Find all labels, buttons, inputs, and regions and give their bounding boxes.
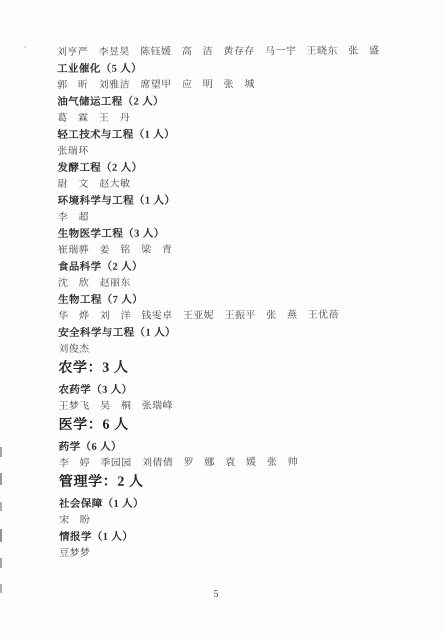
name-list-row: 李 婷 季园园 刘倩倩 罗 娜 袁 媛 张 帅 (59, 456, 409, 469)
discipline-heading: 社会保障（1 人） (59, 497, 409, 510)
scanned-document-page: 刘亨严 李昱昊 陈钰媛 高 洁 黄存存 马一宇 王晓东 张 盛工业催化（5 人）… (0, 0, 444, 638)
discipline-heading: 药学（6 人） (59, 440, 409, 453)
scan-artifact (0, 473, 2, 485)
category-heading: 管理学：2 人 (59, 473, 409, 491)
scan-artifact (0, 529, 2, 542)
name-list-row: 豆梦梦 (59, 546, 409, 559)
name-list-row: 王梦飞 吴 桐 张瑞峰 (59, 399, 409, 412)
discipline-heading: 工业催化（5 人） (57, 62, 407, 75)
scan-artifact (0, 502, 2, 511)
name-list-row: 宋 盼 (59, 513, 409, 526)
document-body: 刘亨严 李昱昊 陈钰媛 高 洁 黄存存 马一宇 王晓东 张 盛工业催化（5 人）… (57, 45, 409, 564)
name-list-row: 尉 文 赵大敏 (58, 177, 408, 190)
discipline-heading: 情报学（1 人） (59, 530, 409, 543)
page-number: 5 (0, 589, 432, 600)
discipline-heading: 生物工程（7 人） (58, 293, 408, 306)
scan-artifact (0, 447, 2, 457)
category-heading: 医学：6 人 (59, 416, 409, 434)
discipline-heading: 农药学（3 人） (58, 383, 408, 396)
scan-artifact (0, 584, 2, 593)
name-list-row: 张瑞环 (57, 144, 407, 157)
name-list-row: 崔瑞骅 姜 铭 梁 青 (58, 243, 408, 256)
discipline-heading: 生物医学工程（3 人） (58, 227, 408, 240)
scan-artifact (88, 131, 90, 132)
discipline-heading: 发酵工程（2 人） (58, 161, 408, 174)
scan-artifact (0, 558, 2, 568)
name-list-row: 葛 霖 王 丹 (57, 111, 407, 124)
scan-artifact (24, 46, 26, 48)
discipline-heading: 油气储运工程（2 人） (57, 95, 407, 108)
discipline-heading: 环境科学与工程（1 人） (58, 194, 408, 207)
name-list-row: 华 烨 刘 洋 钱雯卓 王亚妮 王振平 张 燕 王优蓓 (58, 309, 408, 322)
name-list-row: 刘俊杰 (58, 342, 408, 355)
name-list-row: 刘亨严 李昱昊 陈钰媛 高 洁 黄存存 马一宇 王晓东 张 盛 (57, 45, 407, 58)
name-list-row: 郭 昕 刘雅洁 席望甲 应 明 张 城 (57, 78, 407, 91)
discipline-heading: 食品科学（2 人） (58, 260, 408, 273)
name-list-row: 沈 欣 赵丽东 (58, 276, 408, 289)
category-heading: 农学：3 人 (58, 359, 408, 377)
discipline-heading: 轻工技术与工程（1 人） (57, 128, 407, 141)
name-list-row: 李 超 (58, 210, 408, 223)
discipline-heading: 安全科学与工程（1 人） (58, 326, 408, 339)
